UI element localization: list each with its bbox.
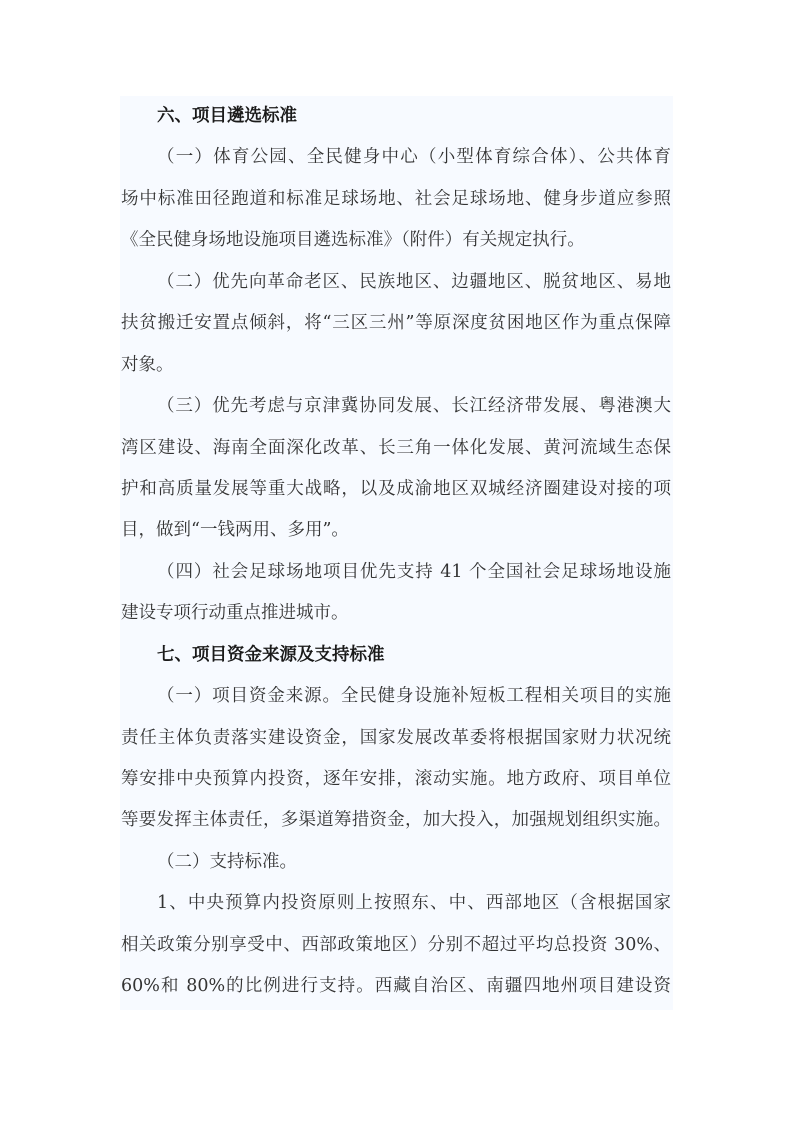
text-line: 对象。 — [121, 345, 671, 386]
text-line: 护和高质量发展等重大战略，以及成渝地区双城经济圈建设对接的项 — [121, 469, 671, 510]
text-line: 扶贫搬迁安置点倾斜，将“三区三州”等原深度贫困地区作为重点保障 — [121, 303, 671, 344]
text-line: （二）支持标准。 — [121, 842, 671, 883]
paragraph-6-2: （二）优先向革命老区、民族地区、边疆地区、脱贫地区、易地 扶贫搬迁安置点倾斜，将… — [121, 262, 671, 386]
paragraph-6-4: （四）社会足球场地项目优先支持 41 个全国社会足球场地设施 建设专项行动重点推… — [121, 552, 671, 635]
paragraph-7-1: （一）项目资金来源。全民健身设施补短板工程相关项目的实施 责任主体负责落实建设资… — [121, 676, 671, 842]
text-line: （一）项目资金来源。全民健身设施补短板工程相关项目的实施 — [121, 676, 671, 717]
text-line: （四）社会足球场地项目优先支持 41 个全国社会足球场地设施 — [121, 552, 671, 593]
text-line: （一）体育公园、全民健身中心（小型体育综合体）、公共体育 — [121, 137, 671, 178]
text-line: 60%和 80%的比例进行支持。西藏自治区、南疆四地州项目建设资 — [121, 966, 671, 1007]
section-heading-6: 六、项目遴选标准 — [121, 96, 671, 137]
text-line: 《全民健身场地设施项目遴选标准》（附件）有关规定执行。 — [121, 220, 671, 261]
text-line: 1、中央预算内投资原则上按照东、中、西部地区（含根据国家 — [121, 883, 671, 924]
text-line: 责任主体负责落实建设资金，国家发展改革委将根据国家财力状况统 — [121, 718, 671, 759]
text-line: 相关政策分别享受中、西部政策地区）分别不超过平均总投资 30%、 — [121, 925, 671, 966]
text-line: （二）优先向革命老区、民族地区、边疆地区、脱贫地区、易地 — [121, 262, 671, 303]
text-line: 建设专项行动重点推进城市。 — [121, 593, 671, 634]
document-body: 六、项目遴选标准 （一）体育公园、全民健身中心（小型体育综合体）、公共体育 场中… — [121, 96, 671, 1008]
text-line: 场中标准田径跑道和标准足球场地、社会足球场地、健身步道应参照 — [121, 179, 671, 220]
text-line: 湾区建设、海南全面深化改革、长三角一体化发展、黄河流域生态保 — [121, 428, 671, 469]
text-line: 目，做到“一钱两用、多用”。 — [121, 510, 671, 551]
paragraph-6-1: （一）体育公园、全民健身中心（小型体育综合体）、公共体育 场中标准田径跑道和标准… — [121, 137, 671, 261]
text-line: （三）优先考虑与京津冀协同发展、长江经济带发展、粤港澳大 — [121, 386, 671, 427]
paragraph-6-3: （三）优先考虑与京津冀协同发展、长江经济带发展、粤港澳大 湾区建设、海南全面深化… — [121, 386, 671, 552]
paragraph-7-3: 1、中央预算内投资原则上按照东、中、西部地区（含根据国家 相关政策分别享受中、西… — [121, 883, 671, 1007]
text-line: 等要发挥主体责任，多渠道筹措资金，加大投入，加强规划组织实施。 — [121, 800, 671, 841]
section-heading-7: 七、项目资金来源及支持标准 — [121, 635, 671, 676]
paragraph-7-2: （二）支持标准。 — [121, 842, 671, 883]
text-line: 筹安排中央预算内投资，逐年安排，滚动实施。地方政府、项目单位 — [121, 759, 671, 800]
